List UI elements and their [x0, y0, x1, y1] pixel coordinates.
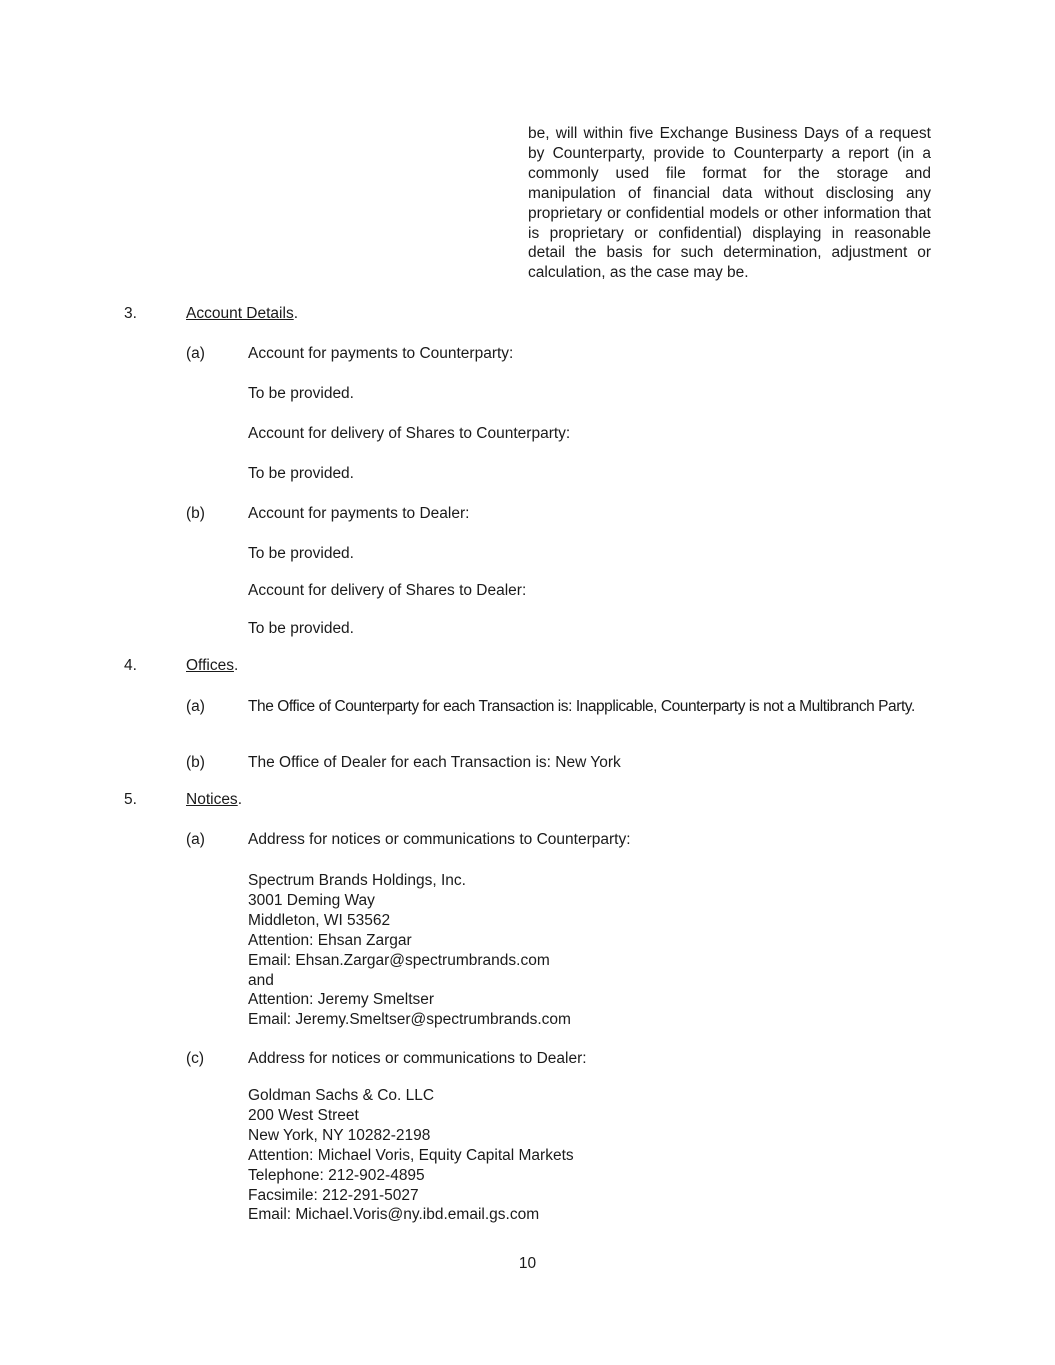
section-5a-label: (a): [186, 830, 205, 850]
section-3-title-period: .: [294, 305, 298, 322]
counterparty-city: Middleton, WI 53562: [248, 911, 571, 931]
counterparty-attention-1: Attention: Ehsan Zargar: [248, 931, 571, 951]
section-5c-label: (c): [186, 1049, 204, 1069]
section-4-heading: Offices.: [186, 656, 238, 676]
dealer-street: 200 West Street: [248, 1106, 574, 1126]
counterparty-street: 3001 Deming Way: [248, 891, 571, 911]
dealer-city: New York, NY 10282-2198: [248, 1126, 574, 1146]
counterparty-office-text: The Office of Counterparty for each Tran…: [248, 697, 931, 717]
dealer-payments-value: To be provided.: [248, 544, 354, 564]
page-number: 10: [0, 1255, 1055, 1273]
section-5-title-period: .: [238, 791, 242, 808]
section-5-title: Notices: [186, 791, 238, 808]
counterparty-attention-2: Attention: Jeremy Smeltser: [248, 990, 571, 1010]
section-5-heading: Notices.: [186, 790, 242, 810]
continuation-paragraph: be, will within five Exchange Business D…: [528, 124, 931, 283]
section-4-title-period: .: [234, 657, 238, 674]
counterparty-notice-heading: Address for notices or communications to…: [248, 830, 631, 850]
dealer-company: Goldman Sachs & Co. LLC: [248, 1086, 574, 1106]
dealer-email: Email: Michael.Voris@ny.ibd.email.gs.com: [248, 1205, 574, 1225]
dealer-address-block: Goldman Sachs & Co. LLC 200 West Street …: [248, 1086, 574, 1225]
section-3a-label: (a): [186, 344, 205, 364]
section-3-title: Account Details: [186, 305, 294, 322]
section-3b-label: (b): [186, 504, 205, 524]
section-4a-label: (a): [186, 697, 205, 717]
dealer-notice-heading: Address for notices or communications to…: [248, 1049, 587, 1069]
dealer-facsimile: Facsimile: 212-291-5027: [248, 1186, 574, 1206]
dealer-payments-heading: Account for payments to Dealer:: [248, 504, 469, 524]
section-4b-label: (b): [186, 753, 205, 773]
dealer-office-text: The Office of Dealer for each Transactio…: [248, 753, 621, 773]
counterparty-delivery-heading: Account for delivery of Shares to Counte…: [248, 424, 570, 444]
counterparty-and: and: [248, 971, 571, 991]
section-4-title: Offices: [186, 657, 234, 674]
section-3-number: 3.: [124, 304, 137, 324]
section-5-number: 5.: [124, 790, 137, 810]
dealer-attention: Attention: Michael Voris, Equity Capital…: [248, 1146, 574, 1166]
dealer-delivery-value: To be provided.: [248, 619, 354, 639]
counterparty-email-2: Email: Jeremy.Smeltser@spectrumbrands.co…: [248, 1010, 571, 1030]
counterparty-payments-value: To be provided.: [248, 384, 354, 404]
counterparty-delivery-value: To be provided.: [248, 464, 354, 484]
counterparty-email-1: Email: Ehsan.Zargar@spectrumbrands.com: [248, 951, 571, 971]
section-4-number: 4.: [124, 656, 137, 676]
counterparty-payments-heading: Account for payments to Counterparty:: [248, 344, 513, 364]
counterparty-address-block: Spectrum Brands Holdings, Inc. 3001 Demi…: [248, 871, 571, 1030]
dealer-delivery-heading: Account for delivery of Shares to Dealer…: [248, 581, 526, 601]
section-3-heading: Account Details.: [186, 304, 298, 324]
counterparty-company: Spectrum Brands Holdings, Inc.: [248, 871, 571, 891]
dealer-telephone: Telephone: 212-902-4895: [248, 1166, 574, 1186]
